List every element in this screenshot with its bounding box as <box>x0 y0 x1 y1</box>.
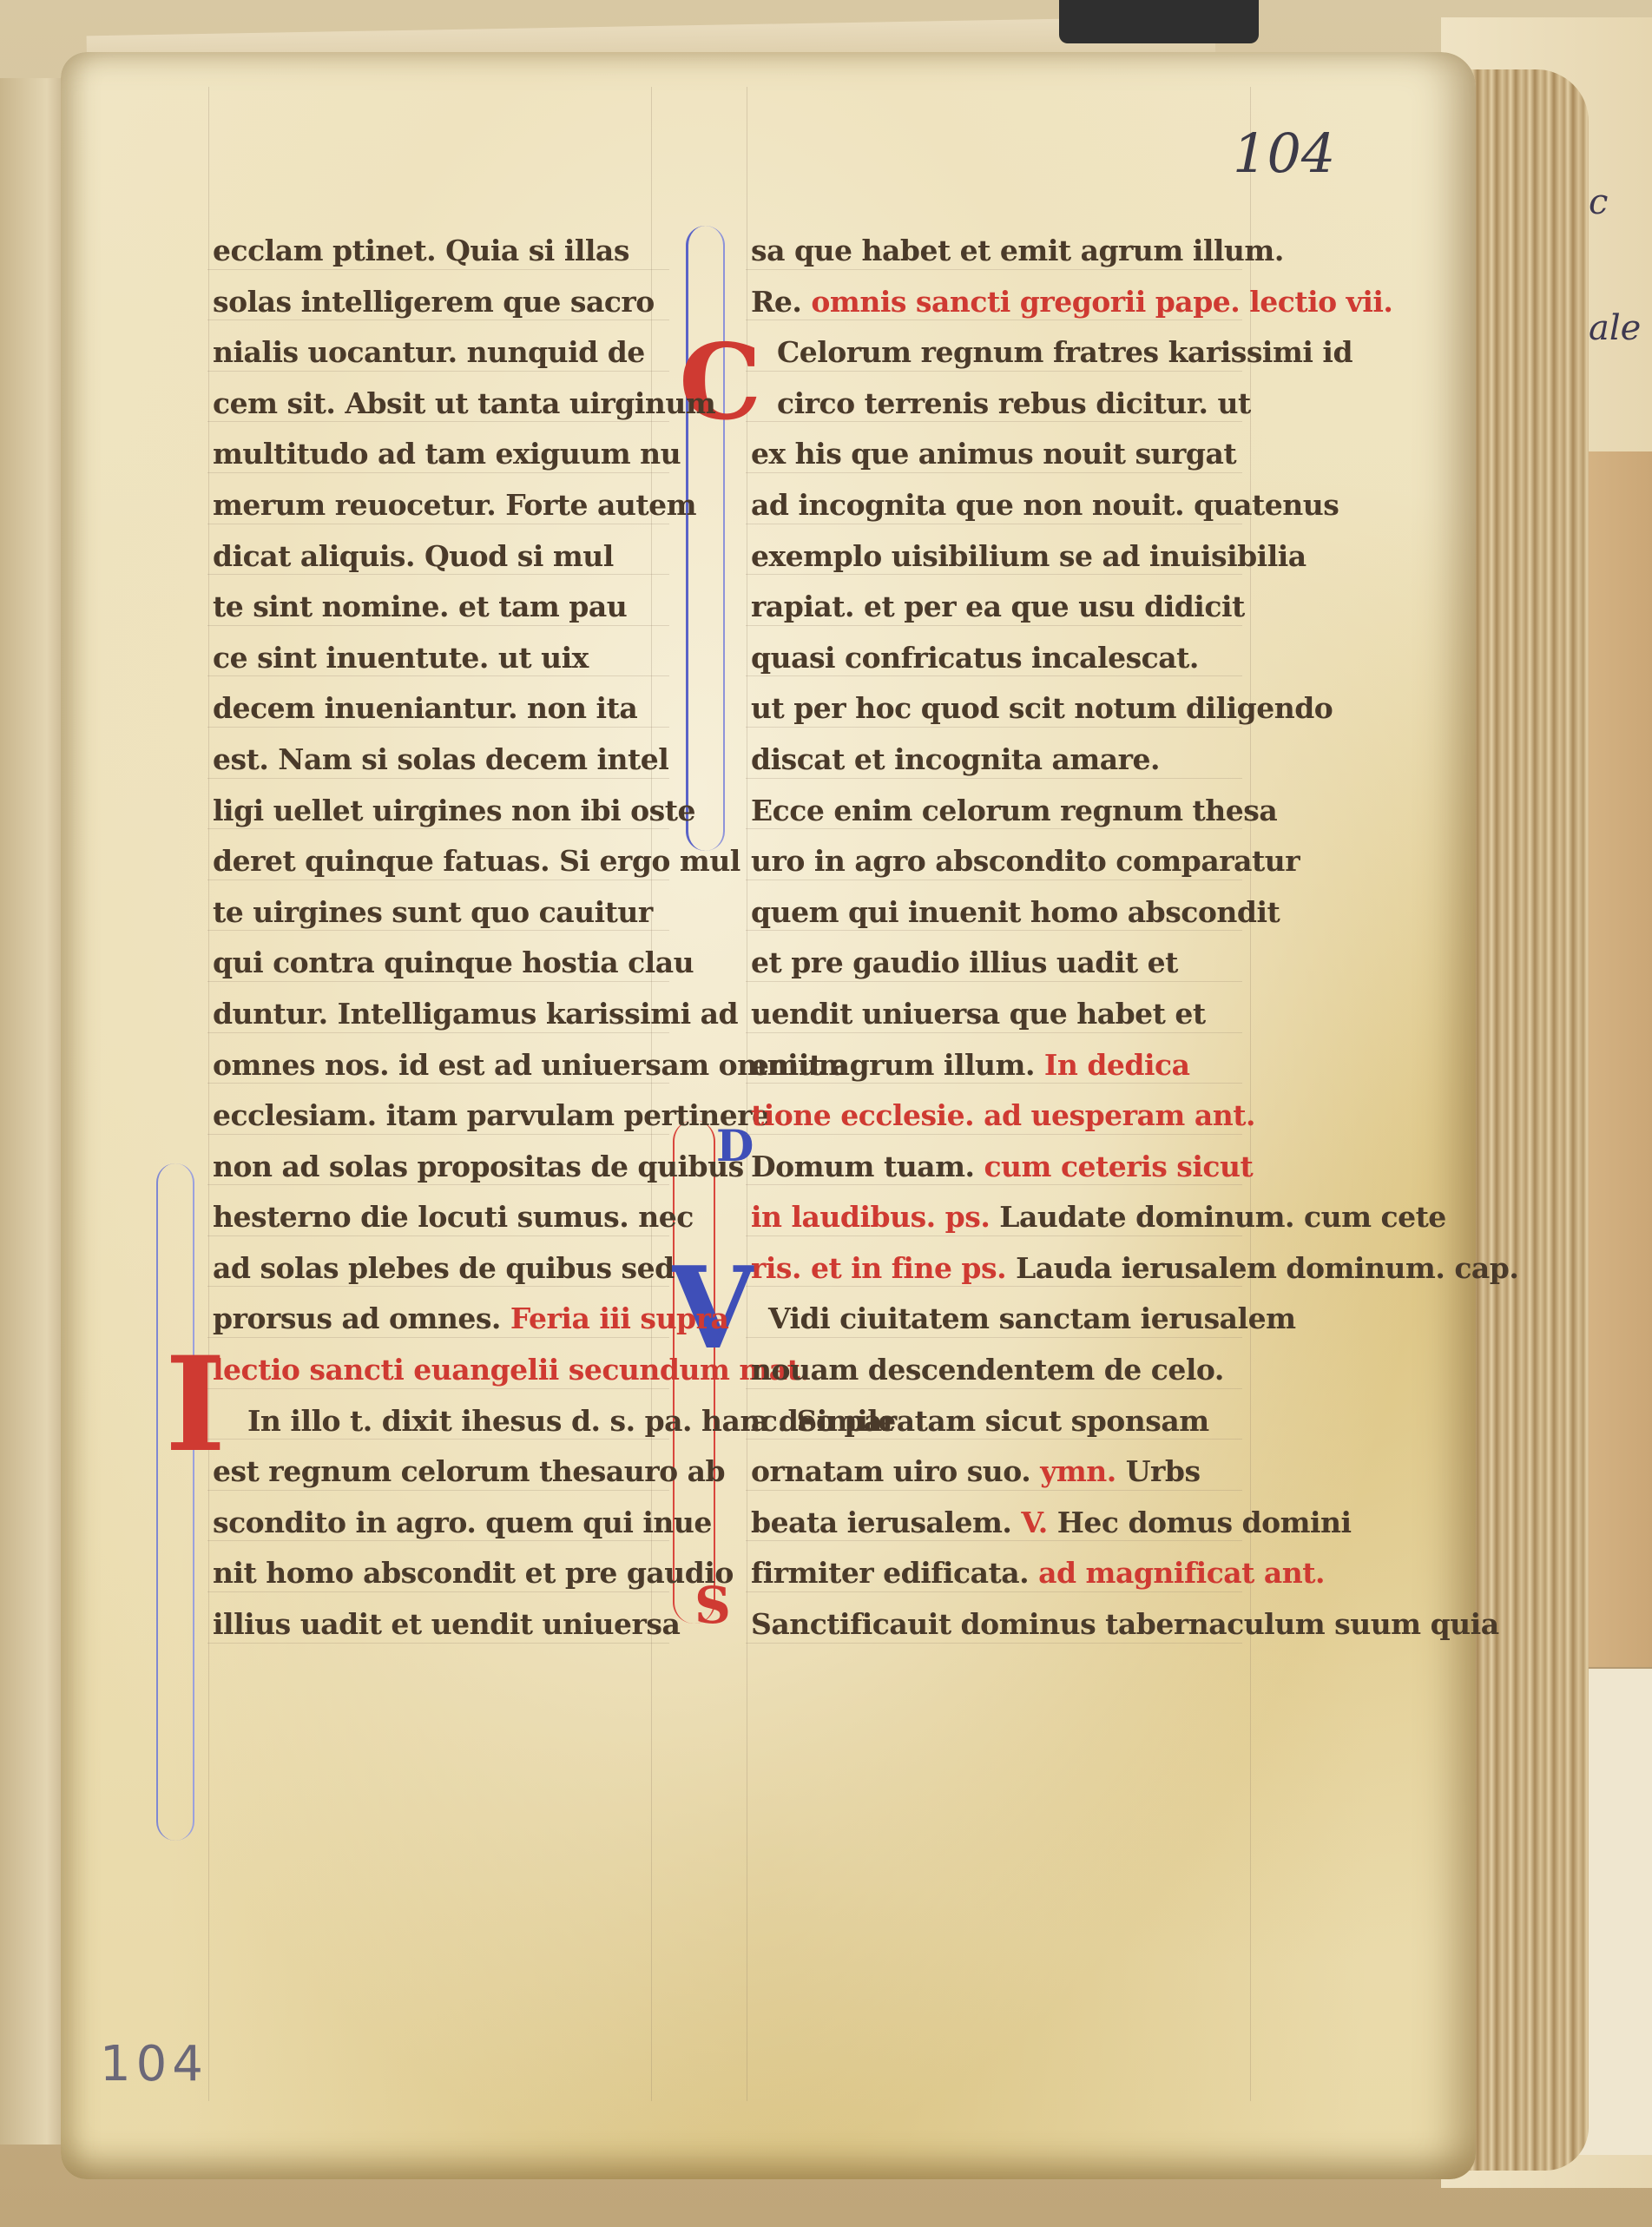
text-line: dicat aliquis. Quod si mul <box>213 531 664 583</box>
text-line: est. Nam si solas decem intel <box>213 735 664 786</box>
text-line: ut per hoc quod scit notum diligendo <box>751 683 1237 735</box>
right-text-column: sa que habet et emit agrum illum. Re. om… <box>751 226 1237 1650</box>
text-line: emit agrum illum. In dedica <box>751 1040 1237 1091</box>
text-line: ad incognita que non nouit. quatenus <box>751 480 1237 531</box>
text-line: qui contra quinque hostia clau <box>213 938 664 989</box>
text-line: circo terrenis rebus dicitur. ut <box>751 379 1237 430</box>
rubric: cum ceteris sicut <box>984 1150 1253 1183</box>
rubric: in laudibus. ps. <box>751 1200 990 1234</box>
text-line: Vidi ciuitatem sanctam ierusalem <box>751 1294 1237 1345</box>
book-clip <box>1059 0 1259 43</box>
text-line: scondito in agro. quem qui inue <box>213 1498 664 1549</box>
text-line: decem inueniantur. non ita <box>213 683 664 735</box>
text-line: cem sit. Absit ut tanta uirginum <box>213 379 664 430</box>
text-line: Ecce enim celorum regnum thesa <box>751 786 1237 837</box>
text-line: ornatam uiro suo. ymn. Urbs <box>751 1446 1237 1498</box>
text-line: in laudibus. ps. Laudate dominum. cum ce… <box>751 1192 1237 1243</box>
text-line: ecclesiam. itam parvulam pertinere <box>213 1090 664 1142</box>
text-line: uro in agro abscondito comparatur <box>751 836 1237 887</box>
rubric: tione ecclesie. ad uesperam ant. <box>751 1098 1255 1132</box>
text-line: quem qui inuenit homo abscondit <box>751 887 1237 939</box>
text-line: ad solas plebes de quibus sed <box>213 1243 664 1295</box>
rubric: ris. et in fine ps. <box>751 1251 1006 1285</box>
text-line: nouam descendentem de celo. <box>751 1345 1237 1396</box>
stray-mark-2: c <box>1589 182 1608 222</box>
text-line: ce sint inuentute. ut uix <box>213 633 664 684</box>
rubric: ymn. <box>1040 1454 1116 1488</box>
text-line: nit homo abscondit et pre gaudio <box>213 1548 664 1599</box>
rubric: lectio sancti euangelii secundum mat. <box>213 1353 809 1387</box>
text-line: discat et incognita amare. <box>751 735 1237 786</box>
folio-number-bottom: 104 <box>100 2036 208 2092</box>
text-line: firmiter edificata. ad magnificat ant. <box>751 1548 1237 1599</box>
text-line: lectio sancti euangelii secundum mat. <box>213 1345 664 1396</box>
text-line: ris. et in fine ps. Lauda ierusalem domi… <box>751 1243 1237 1295</box>
folio-number-top: 104 <box>1233 122 1335 185</box>
text-line: Domum tuam. cum ceteris sicut <box>751 1142 1237 1193</box>
text-line: prorsus ad omnes. Feria iii supra <box>213 1294 664 1345</box>
text-line: nialis uocantur. nunquid de <box>213 327 664 379</box>
text-line: merum reuocetur. Forte autem <box>213 480 664 531</box>
text-line: a deo paratam sicut sponsam <box>751 1396 1237 1447</box>
rubric: omnis sancti gregorii pape. lectio vii. <box>811 285 1392 319</box>
text-line: Celorum regnum fratres karissimi id <box>751 327 1237 379</box>
rubric: V. <box>1021 1506 1047 1539</box>
text-line: beata ierusalem. V. Hec domus domini <box>751 1498 1237 1549</box>
text-line: sa que habet et emit agrum illum. <box>751 226 1237 277</box>
blue-penwork-flourish <box>156 1163 194 1841</box>
text-line: ligi uellet uirgines non ibi oste <box>213 786 664 837</box>
text-line: Re. omnis sancti gregorii pape. lectio v… <box>751 277 1237 328</box>
initial-c: C <box>679 321 762 444</box>
rubric: In dedica <box>1044 1048 1190 1082</box>
text-line: quasi confricatus incalescat. <box>751 633 1237 684</box>
text-line: te sint nomine. et tam pau <box>213 582 664 633</box>
text-line: multitudo ad tam exiguum nu <box>213 429 664 480</box>
text-line: est regnum celorum thesauro ab <box>213 1446 664 1498</box>
ruling-line <box>208 87 209 2101</box>
text-line: uendit uniuersa que habet et <box>751 989 1237 1040</box>
text-line: duntur. Intelligamus karissimi ad <box>213 989 664 1040</box>
text-line: exemplo uisibilium se ad inuisibilia <box>751 531 1237 583</box>
text-line: Sanctificauit dominus tabernaculum suum … <box>751 1599 1237 1650</box>
text-line: rapiat. et per ea que usu didicit <box>751 582 1237 633</box>
text-line: deret quinque fatuas. Si ergo mul <box>213 836 664 887</box>
text-line: hesterno die locuti sumus. nec <box>213 1192 664 1243</box>
text-line: solas intelligerem que sacro <box>213 277 664 328</box>
blue-penwork-flourish <box>686 226 725 851</box>
text-line: et pre gaudio illius uadit et <box>751 938 1237 989</box>
stray-mark-3: ale <box>1589 308 1641 348</box>
text-line: ecclam ptinet. Quia si illas <box>213 226 664 277</box>
text-line: omnes nos. id est ad uniuersam omnium <box>213 1040 664 1091</box>
left-text-column: ecclam ptinet. Quia si illas solas intel… <box>213 226 664 1650</box>
text-line: In illo t. dixit ihesus d. s. pa. hanc. … <box>213 1396 664 1447</box>
text-line: non ad solas propositas de quibus <box>213 1142 664 1193</box>
text-line: illius uadit et uendit uniuersa <box>213 1599 664 1650</box>
rubric: Feria iii supra <box>510 1301 728 1335</box>
text-line: ex his que animus nouit surgat <box>751 429 1237 480</box>
text-line: tione ecclesie. ad uesperam ant. <box>751 1090 1237 1142</box>
text-line: te uirgines sunt quo cauitur <box>213 887 664 939</box>
rubric: ad magnificat ant. <box>1038 1556 1325 1590</box>
